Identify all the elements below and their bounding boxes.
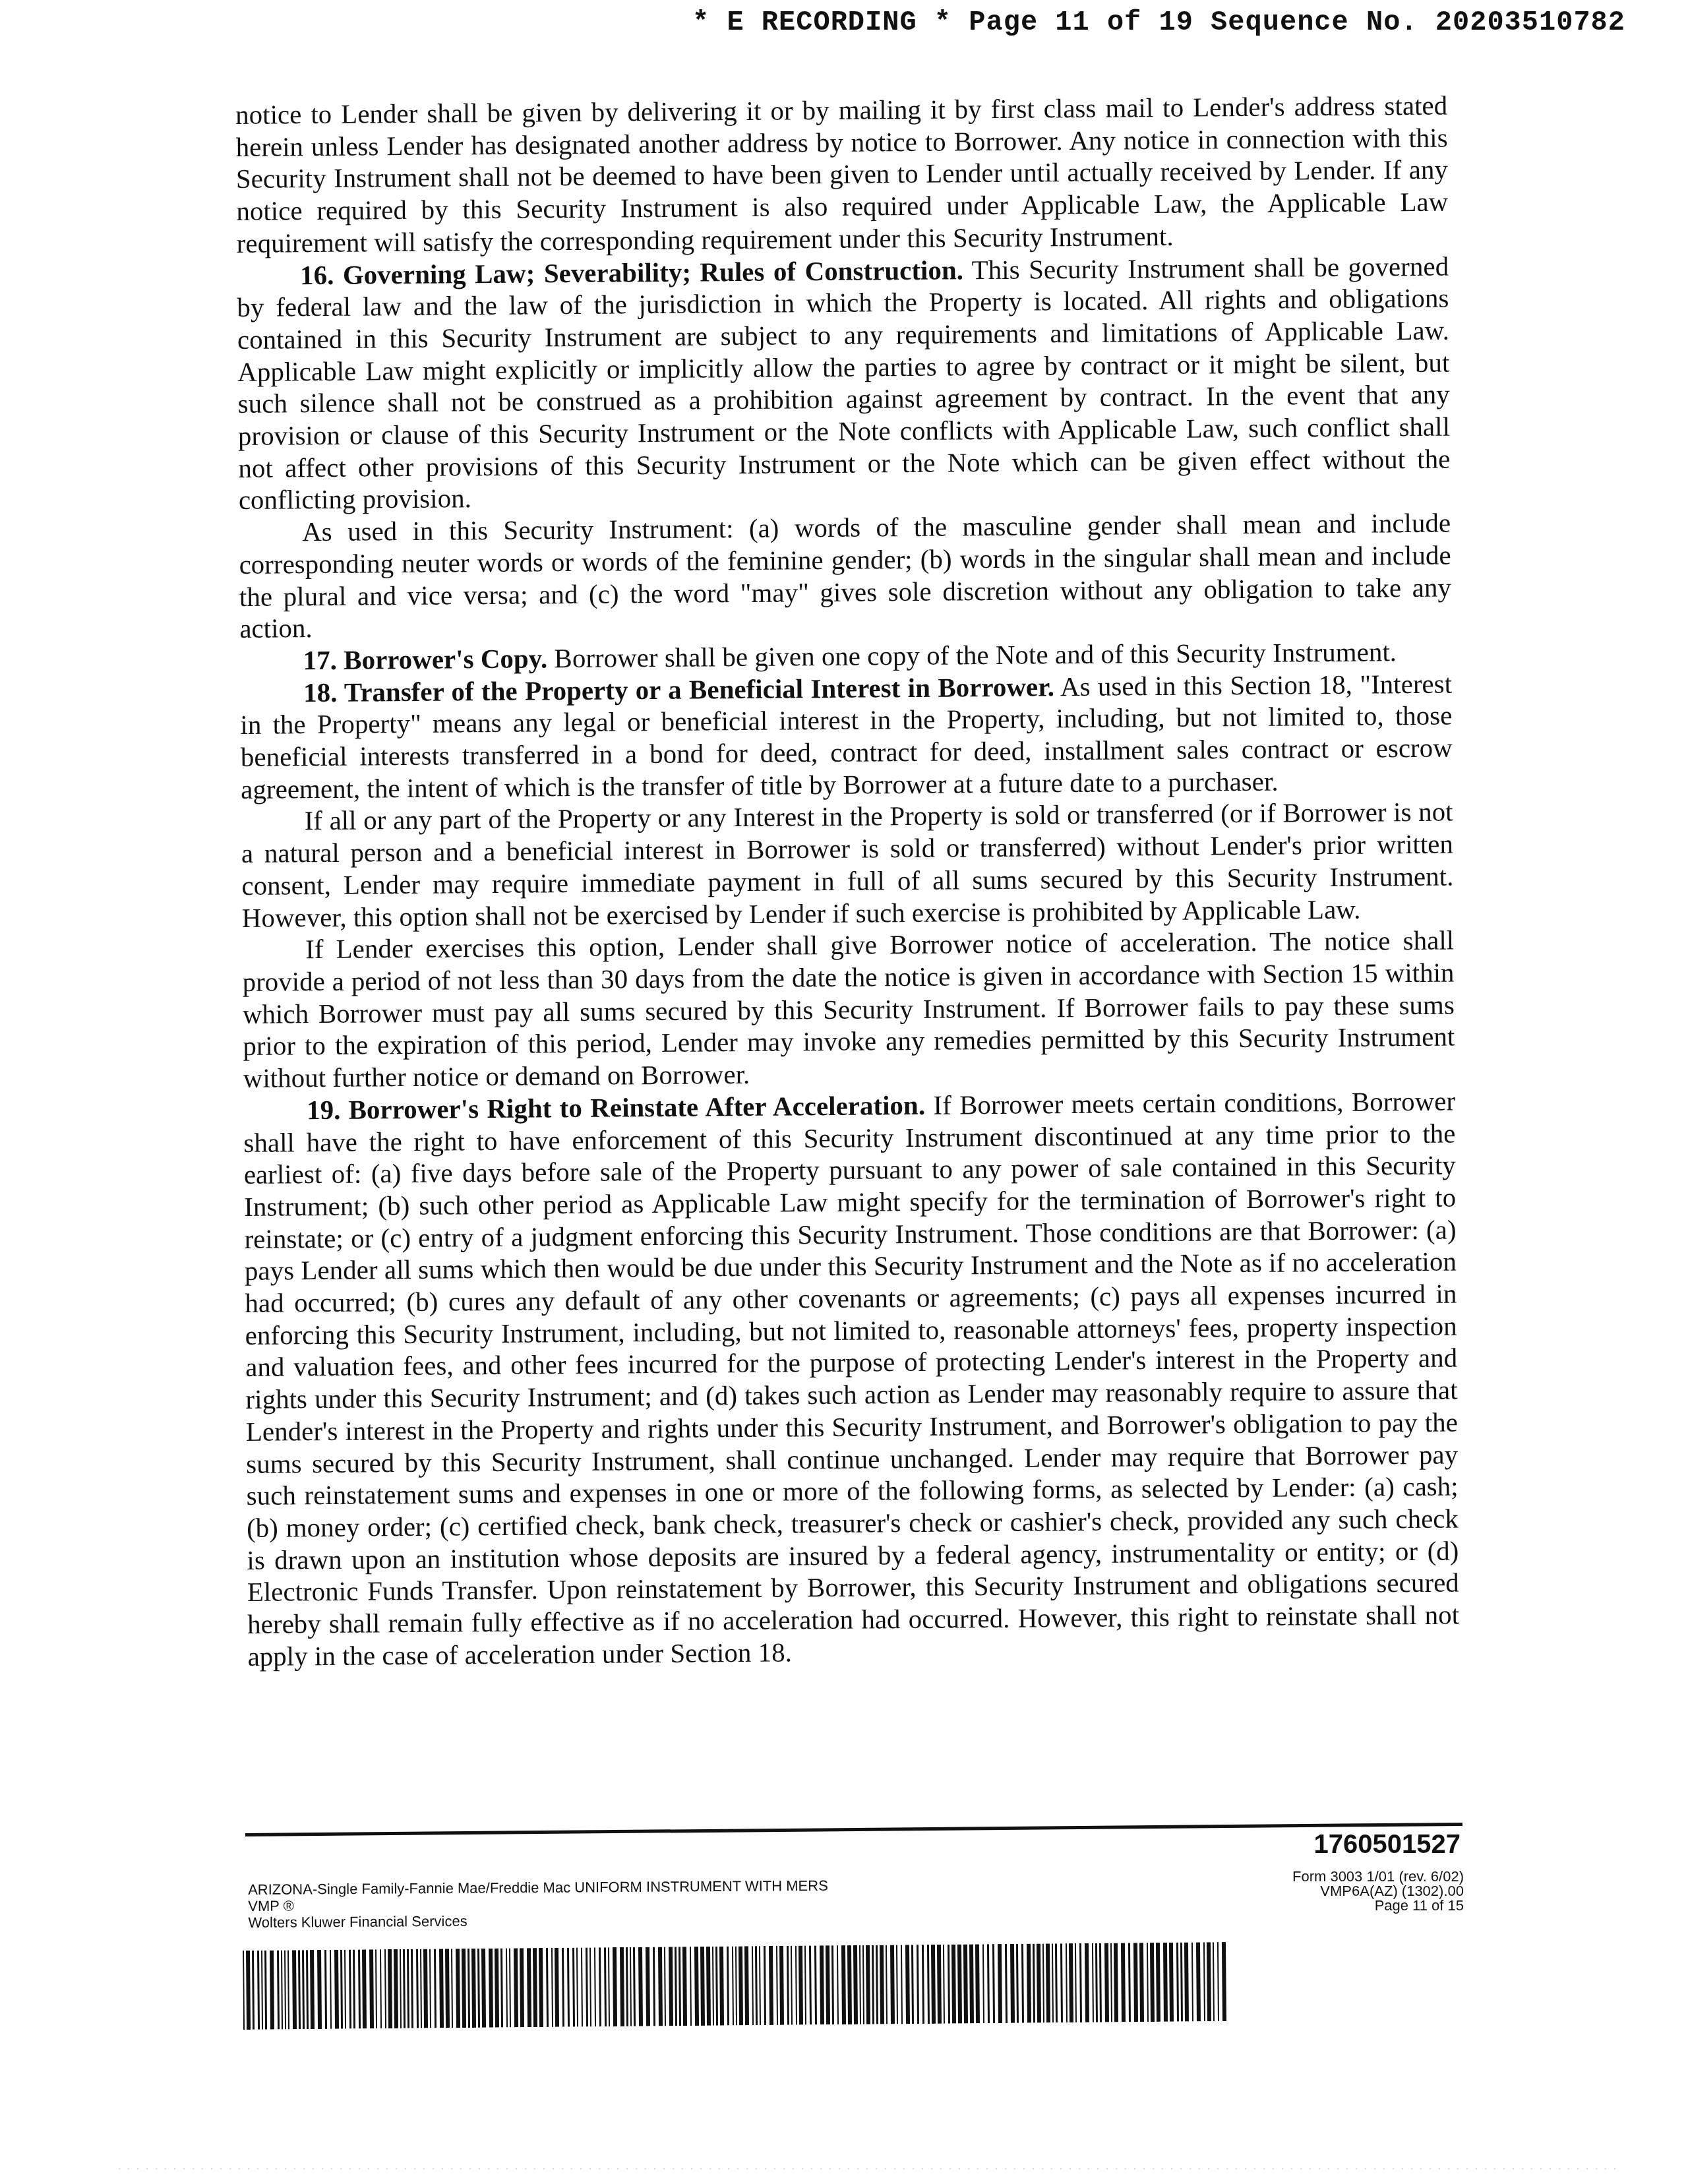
footer-form-info: ARIZONA-Single Family-Fannie Mae/Freddie… — [248, 1876, 973, 1931]
recording-header: * E RECORDING * Page 11 of 19 Sequence N… — [692, 7, 1662, 38]
section-heading-17: 17. Borrower's Copy. — [303, 643, 548, 675]
document-body: notice to Lender shall be given by deliv… — [235, 90, 1460, 1673]
paragraph-notice-continuation: notice to Lender shall be given by deliv… — [235, 90, 1449, 260]
section-heading-16: 16. Governing Law; Severability; Rules o… — [300, 255, 963, 290]
barcode-icon — [243, 1942, 1228, 2030]
paragraph-section-18: 18. Transfer of the Property or a Benefi… — [240, 667, 1453, 805]
paragraph-text: This Security Instrument shall be govern… — [237, 251, 1450, 515]
paragraph-section-19: 19. Borrower's Right to Reinstate After … — [243, 1085, 1460, 1672]
paragraph-transfer-consent: If all or any part of the Property or an… — [241, 796, 1453, 934]
paragraph-text: If Borrower meets certain conditions, Bo… — [243, 1085, 1459, 1671]
paragraph-text: If all or any part of the Property or an… — [241, 797, 1454, 933]
footer-form-codes: Form 3003 1/01 (rev. 6/02) VMP6A(AZ) (13… — [1187, 1869, 1464, 1913]
paragraph-text: Borrower shall be given one copy of the … — [547, 636, 1397, 673]
paragraph-text: notice to Lender shall be given by deliv… — [235, 90, 1448, 258]
loan-number: 1760501527 — [1279, 1830, 1461, 1860]
form-number: Form 3003 1/01 (rev. 6/02) — [1187, 1869, 1464, 1884]
paragraph-text: As used in this Security Instrument: (a)… — [239, 508, 1451, 644]
paragraph-acceleration-notice: If Lender exercises this option, Lender … — [242, 925, 1455, 1095]
paragraph-section-16: 16. Governing Law; Severability; Rules o… — [237, 250, 1451, 516]
form-code: VMP6A(AZ) (1302).00 — [1187, 1884, 1464, 1898]
page-label: Page 11 of 15 — [1187, 1898, 1464, 1913]
section-heading-19: 19. Borrower's Right to Reinstate After … — [307, 1090, 925, 1125]
paragraph-text: If Lender exercises this option, Lender … — [242, 925, 1455, 1093]
paragraph-construction-rules: As used in this Security Instrument: (a)… — [239, 507, 1451, 645]
section-heading-18: 18. Transfer of the Property or a Benefi… — [303, 671, 1054, 708]
scan-artifact-line — [119, 2168, 1622, 2169]
